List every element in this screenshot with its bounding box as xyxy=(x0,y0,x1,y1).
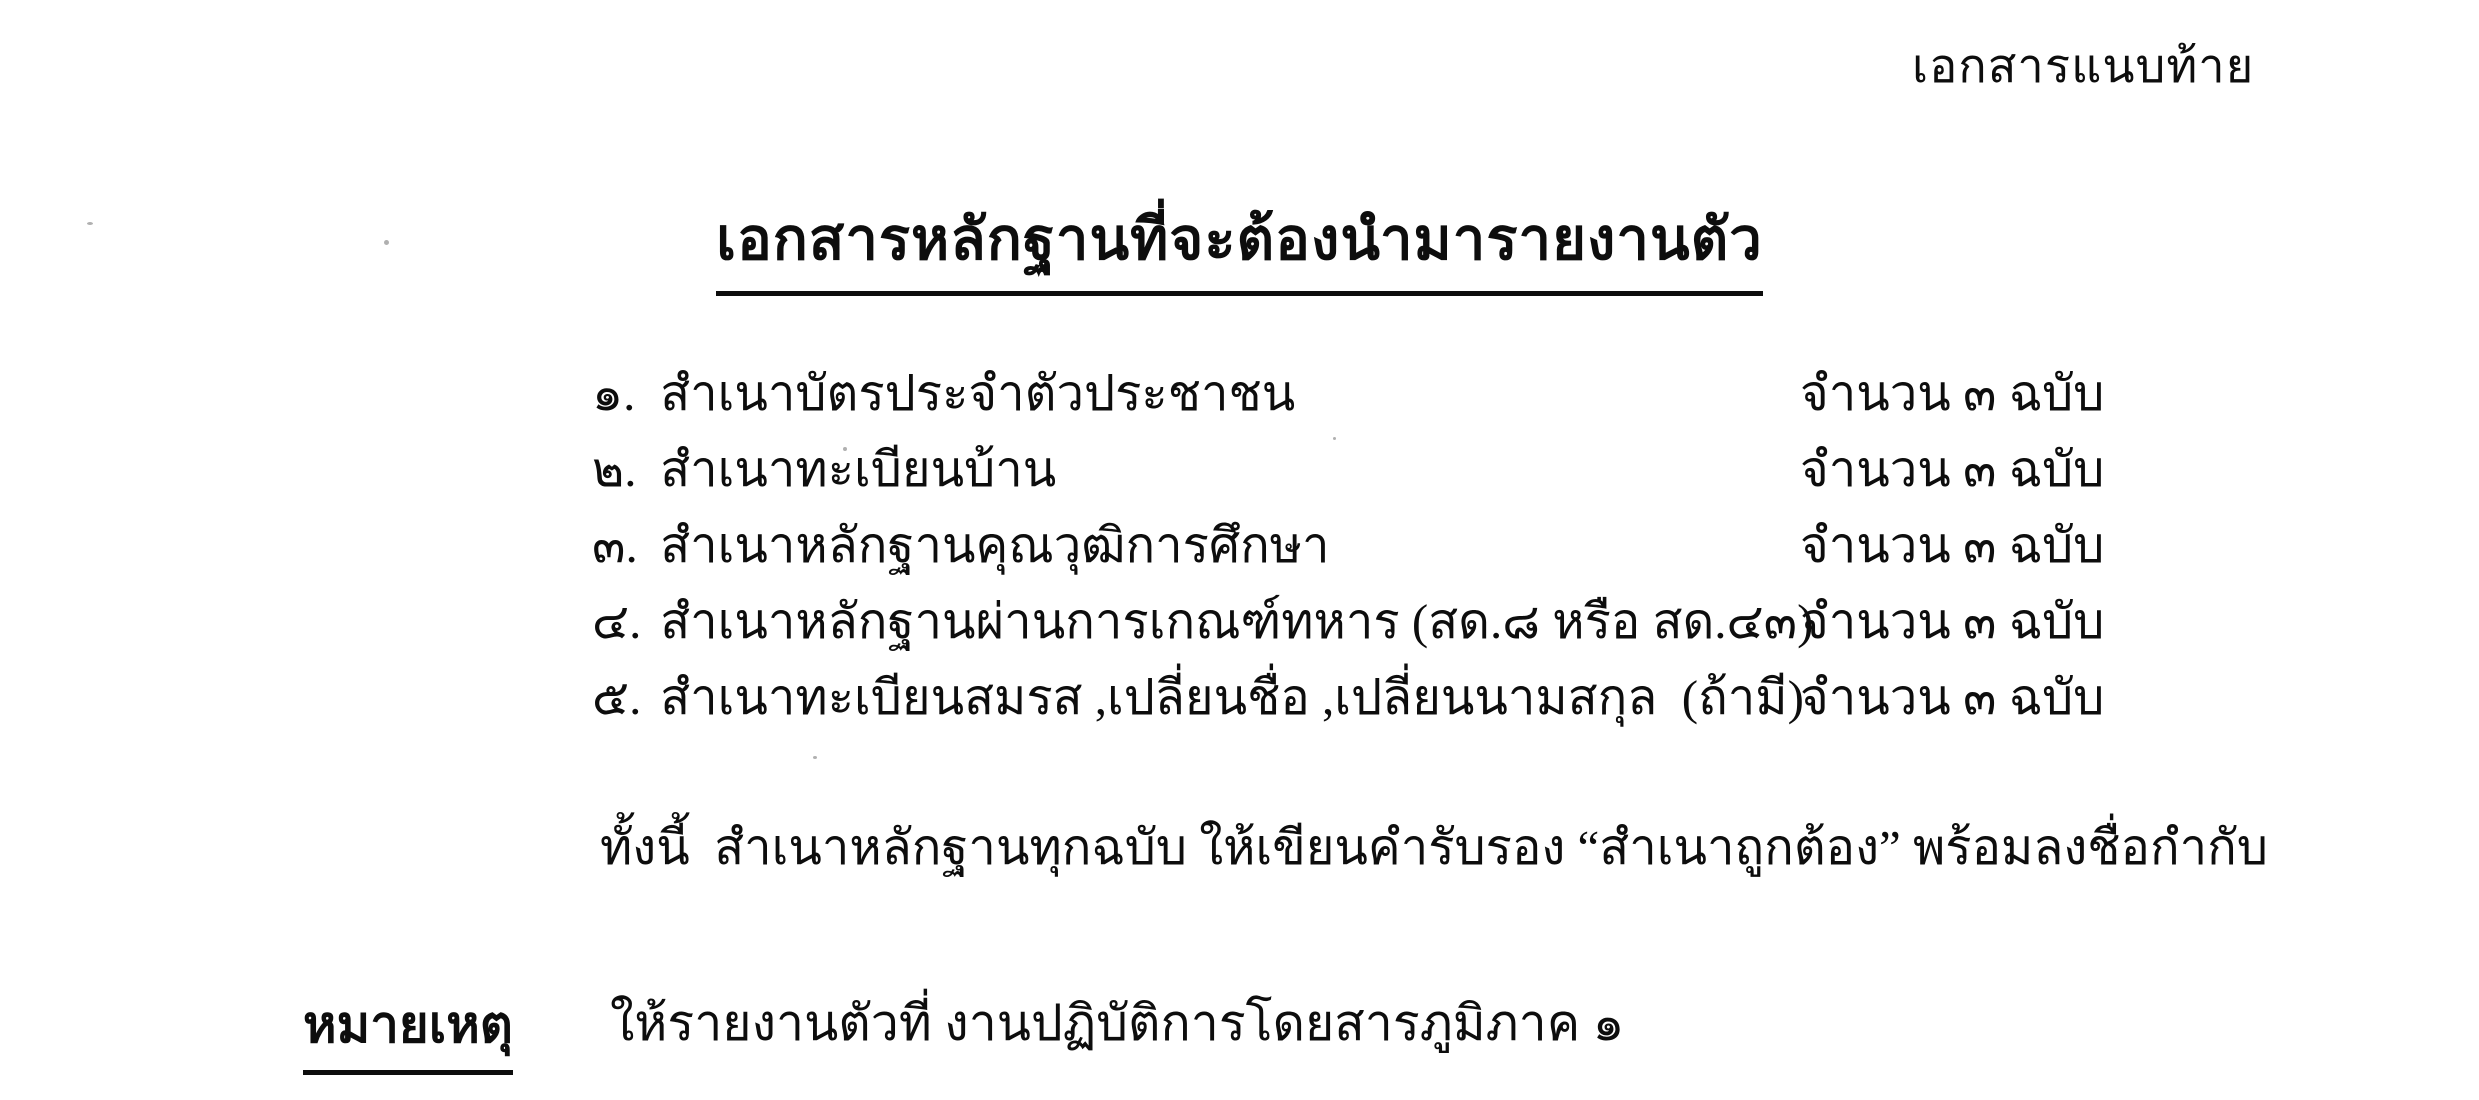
list-item-count: จำนวน ๓ ฉบับ xyxy=(1800,584,2104,660)
scan-speck xyxy=(1333,437,1336,440)
page-title: เอกสารหลักฐานที่จะต้องนำมารายงานตัว xyxy=(0,192,2479,296)
list-item: ๓. สำเนาหลักฐานคุณวุฒิการศึกษา จำนวน ๓ ฉ… xyxy=(592,508,2292,584)
list-item-number: ๓. xyxy=(592,508,648,584)
scan-speck xyxy=(384,240,389,245)
list-item-text: สำเนาหลักฐานคุณวุฒิการศึกษา xyxy=(660,508,1329,584)
note-text: ให้รายงานตัวที่ งานปฏิบัติการโดยสารภูมิภ… xyxy=(610,984,1624,1063)
document-list: ๑. สำเนาบัตรประจำตัวประชาชน จำนวน ๓ ฉบับ… xyxy=(592,356,2292,736)
list-item-count: จำนวน ๓ ฉบับ xyxy=(1800,508,2104,584)
list-item-text: สำเนาบัตรประจำตัวประชาชน xyxy=(660,356,1295,432)
certification-instruction-line: ทั้งนี้ สำเนาหลักฐานทุกฉบับ ให้เขียนคำรั… xyxy=(600,808,2268,888)
list-item: ๔. สำเนาหลักฐานผ่านการเกณฑ์ทหาร (สด.๘ หร… xyxy=(592,584,2292,660)
list-item: ๑. สำเนาบัตรประจำตัวประชาชน จำนวน ๓ ฉบับ xyxy=(592,356,2292,432)
list-item-count: จำนวน ๓ ฉบับ xyxy=(1800,356,2104,432)
page-title-text: เอกสารหลักฐานที่จะต้องนำมารายงานตัว xyxy=(716,192,1763,296)
list-item-count: จำนวน ๓ ฉบับ xyxy=(1800,432,2104,508)
list-item-number: ๔. xyxy=(592,584,648,660)
list-item-number: ๕. xyxy=(592,660,648,736)
list-item-count: จำนวน ๓ ฉบับ xyxy=(1800,660,2104,736)
scan-speck xyxy=(87,222,93,225)
scan-speck xyxy=(843,447,847,451)
list-item-text: สำเนาหลักฐานผ่านการเกณฑ์ทหาร (สด.๘ หรือ … xyxy=(660,584,1813,660)
note-label: หมายเหตุ xyxy=(303,984,513,1075)
list-item-text: สำเนาทะเบียนสมรส ,เปลี่ยนชื่อ ,เปลี่ยนนา… xyxy=(660,660,1804,736)
scan-speck xyxy=(813,756,817,759)
list-item-text: สำเนาทะเบียนบ้าน xyxy=(660,432,1056,508)
list-item-number: ๒. xyxy=(592,432,648,508)
corner-attachment-label: เอกสารแนบท้าย xyxy=(1912,28,2254,103)
scanned-document-page: เอกสารแนบท้าย เอกสารหลักฐานที่จะต้องนำมา… xyxy=(0,0,2479,1100)
list-item: ๒. สำเนาทะเบียนบ้าน จำนวน ๓ ฉบับ xyxy=(592,432,2292,508)
list-item: ๕. สำเนาทะเบียนสมรส ,เปลี่ยนชื่อ ,เปลี่ย… xyxy=(592,660,2292,736)
list-item-number: ๑. xyxy=(592,356,648,432)
